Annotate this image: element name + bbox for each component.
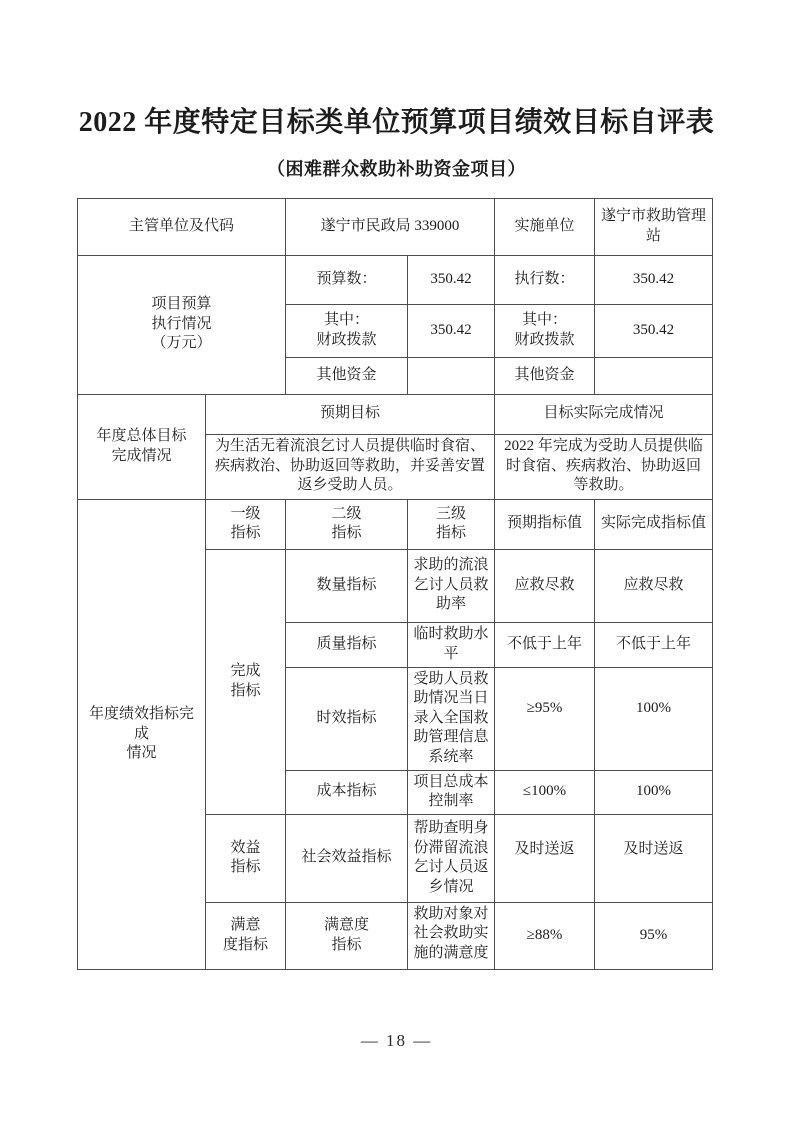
cell-fiscal-value-exec: 350.42 [595,304,713,357]
cell-implement-unit-value: 遂宁市救助管理站 [595,198,713,255]
cell-level3: 求助的流浪 乞讨人员救 助率 [408,549,495,622]
table-row: 年度绩效指标完成 情况 一级 指标 二级 指标 三级 指标 预期指标值 实际完成… [78,499,713,549]
table-row: 项目预算 执行情况 （万元） 预算数： 350.42 执行数： 350.42 [78,255,713,304]
cell-fiscal-value-budget: 350.42 [408,304,495,357]
cell-implement-unit-label: 实施单位 [495,198,595,255]
cell-other-funds-value-exec [595,357,713,394]
cell-expected-value: 不低于上年 [495,622,595,667]
cell-level2: 成本指标 [286,770,408,814]
cell-expected-value-header: 预期指标值 [495,499,595,549]
cell-budget-row-label: 项目预算 执行情况 （万元） [78,255,286,394]
document-title: 2022 年度特定目标类单位预算项目绩效目标自评表 [0,0,793,140]
cell-actual-target-text: 2022 年完成为受助人员提供临时食宿、疾病救治、协助返回等救助。 [495,434,713,499]
cell-level1-header: 一级 指标 [206,499,286,549]
cell-level2: 数量指标 [286,549,408,622]
page-number: — 18 — [0,1031,793,1051]
table-row: 主管单位及代码 遂宁市民政局 339000 实施单位 遂宁市救助管理站 [78,198,713,255]
cell-level3: 项目总成本 控制率 [408,770,495,814]
cell-expected-value: ≥95% [495,667,595,770]
cell-fiscal-label-budget: 其中： 财政拨款 [286,304,408,357]
cell-actual-value-header: 实际完成指标值 [595,499,713,549]
cell-level3: 救助对象对 社会救助实 施的满意度 [408,902,495,970]
cell-level3: 帮助查明身 份滞留流浪 乞讨人员返 乡情况 [408,814,495,902]
cell-exec-num-label: 执行数： [495,255,595,304]
cell-level1-benefit: 效益 指标 [206,814,286,902]
cell-level2-header: 二级 指标 [286,499,408,549]
cell-expected-value: 应救尽救 [495,549,595,622]
cell-indicators-row-label: 年度绩效指标完成 情况 [78,499,206,970]
cell-level2: 质量指标 [286,622,408,667]
cell-level1-satisfaction: 满意 度指标 [206,902,286,970]
cell-expected-target-header: 预期目标 [206,394,495,434]
cell-budget-num-value: 350.42 [408,255,495,304]
cell-level3: 受助人员救 助情况当日 录入全国救 助管理信息 系统率 [408,667,495,770]
cell-supervisor-label: 主管单位及代码 [78,198,286,255]
cell-actual-value: 及时送返 [595,814,713,902]
cell-actual-value: 不低于上年 [595,622,713,667]
self-evaluation-table: 主管单位及代码 遂宁市民政局 339000 实施单位 遂宁市救助管理站 项目预算… [77,198,713,971]
cell-exec-num-value: 350.42 [595,255,713,304]
cell-level1-completion: 完成 指标 [206,549,286,814]
cell-expected-target-text: 为生活无着流浪乞讨人员提供临时食宿、疾病救治、协助返回等救助，并妥善安置返乡受助… [206,434,495,499]
cell-level2: 社会效益指标 [286,814,408,902]
cell-other-funds-label-exec: 其他资金 [495,357,595,394]
cell-actual-value: 应救尽救 [595,549,713,622]
cell-actual-target-header: 目标实际完成情况 [495,394,713,434]
cell-actual-value: 95% [595,902,713,970]
cell-level2: 时效指标 [286,667,408,770]
table-row: 年度总体目标 完成情况 预期目标 目标实际完成情况 [78,394,713,434]
cell-expected-value: ≤100% [495,770,595,814]
cell-actual-value: 100% [595,770,713,814]
cell-supervisor-value: 遂宁市民政局 339000 [286,198,495,255]
document-subtitle: （困难群众救助补助资金项目） [0,140,793,181]
cell-expected-value: ≥88% [495,902,595,970]
cell-actual-value: 100% [595,667,713,770]
cell-level2: 满意度 指标 [286,902,408,970]
cell-budget-num-label: 预算数： [286,255,408,304]
cell-annual-target-row-label: 年度总体目标 完成情况 [78,394,206,499]
cell-other-funds-value-budget [408,357,495,394]
cell-fiscal-label-exec: 其中： 财政拨款 [495,304,595,357]
cell-level3-header: 三级 指标 [408,499,495,549]
cell-level3: 临时救助水 平 [408,622,495,667]
cell-expected-value: 及时送返 [495,814,595,902]
cell-other-funds-label-budget: 其他资金 [286,357,408,394]
